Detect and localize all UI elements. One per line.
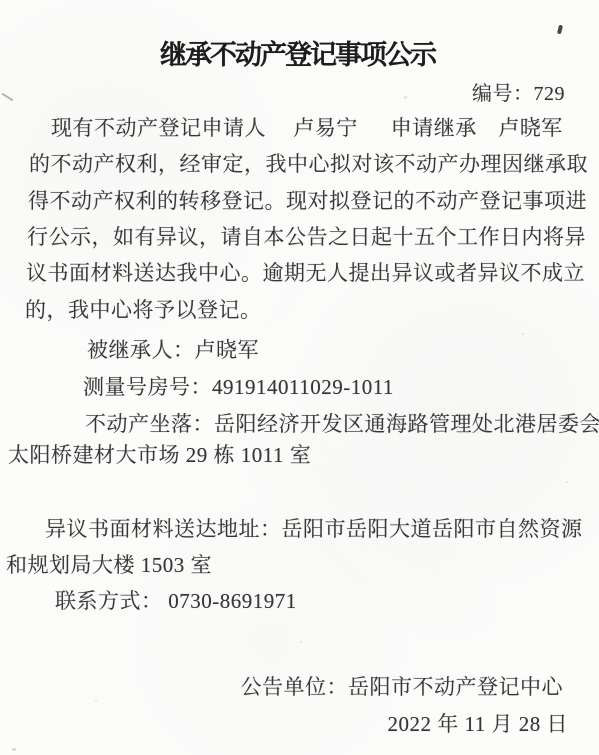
field-property-location: 不动产坐落：岳阳经济开发区通海路管理处北港居委会 bbox=[85, 408, 599, 438]
paragraph-line-4: 行公示，如有异议，请自本公告之日起十五个工作日内将异 bbox=[27, 221, 586, 251]
scan-speckle bbox=[150, 170, 153, 173]
field-objection-delivery-address: 异议书面材料送达地址：岳阳市岳阳大道岳阳市自然资源 bbox=[45, 513, 583, 543]
footer-date: 2022 年 11 月 28 日 bbox=[388, 708, 568, 738]
paragraph-line-2: 的不动产权利，经审定，我中心拟对该不动产办理因继承取 bbox=[29, 148, 588, 178]
scan-speckle bbox=[221, 522, 223, 524]
footer-announcing-unit: 公告单位：岳阳市不动产登记中心 bbox=[241, 671, 564, 701]
scan-speckle bbox=[404, 96, 407, 99]
field-decedent: 被继承人：卢晓军 bbox=[87, 334, 259, 364]
scan-speckle bbox=[42, 283, 44, 285]
scan-mark-pen-tick bbox=[1, 93, 13, 102]
field-survey-room-number: 测量号房号：491914011029-1011 bbox=[83, 371, 394, 401]
field-objection-delivery-address-continued: 和规划局大楼 1503 室 bbox=[6, 549, 212, 579]
paragraph-line-3: 得不动产权利的转移登记。现对拟登记的不动产登记事项进 bbox=[28, 185, 587, 215]
scan-mark-apostrophe bbox=[557, 25, 563, 35]
paragraph-line-5: 议书面材料送达我中心。逾期无人提出异议或者异议不成立 bbox=[26, 257, 585, 287]
paragraph-line-6: 的，我中心将予以登记。 bbox=[25, 294, 262, 324]
scan-speckle bbox=[95, 700, 97, 702]
field-contact-phone: 联系方式： 0730-8691971 bbox=[55, 585, 297, 615]
scan-speckle bbox=[522, 333, 524, 335]
document-number: 编号：729 bbox=[472, 77, 565, 106]
paragraph-line-1: 现有不动产登记申请人 卢易宁 申请继承 卢晓军 bbox=[51, 112, 563, 142]
scan-speckle bbox=[12, 748, 16, 751]
field-property-location-continued: 太阳桥建材大市场 29 栋 1011 室 bbox=[8, 439, 311, 469]
scan-speckle bbox=[300, 641, 302, 643]
document-title: 继承不动产登记事项公示 bbox=[160, 33, 435, 72]
scan-speckle bbox=[566, 481, 568, 483]
scanned-notice-document: 继承不动产登记事项公示 编号：729 现有不动产登记申请人 卢易宁 申请继承 卢… bbox=[0, 0, 599, 755]
